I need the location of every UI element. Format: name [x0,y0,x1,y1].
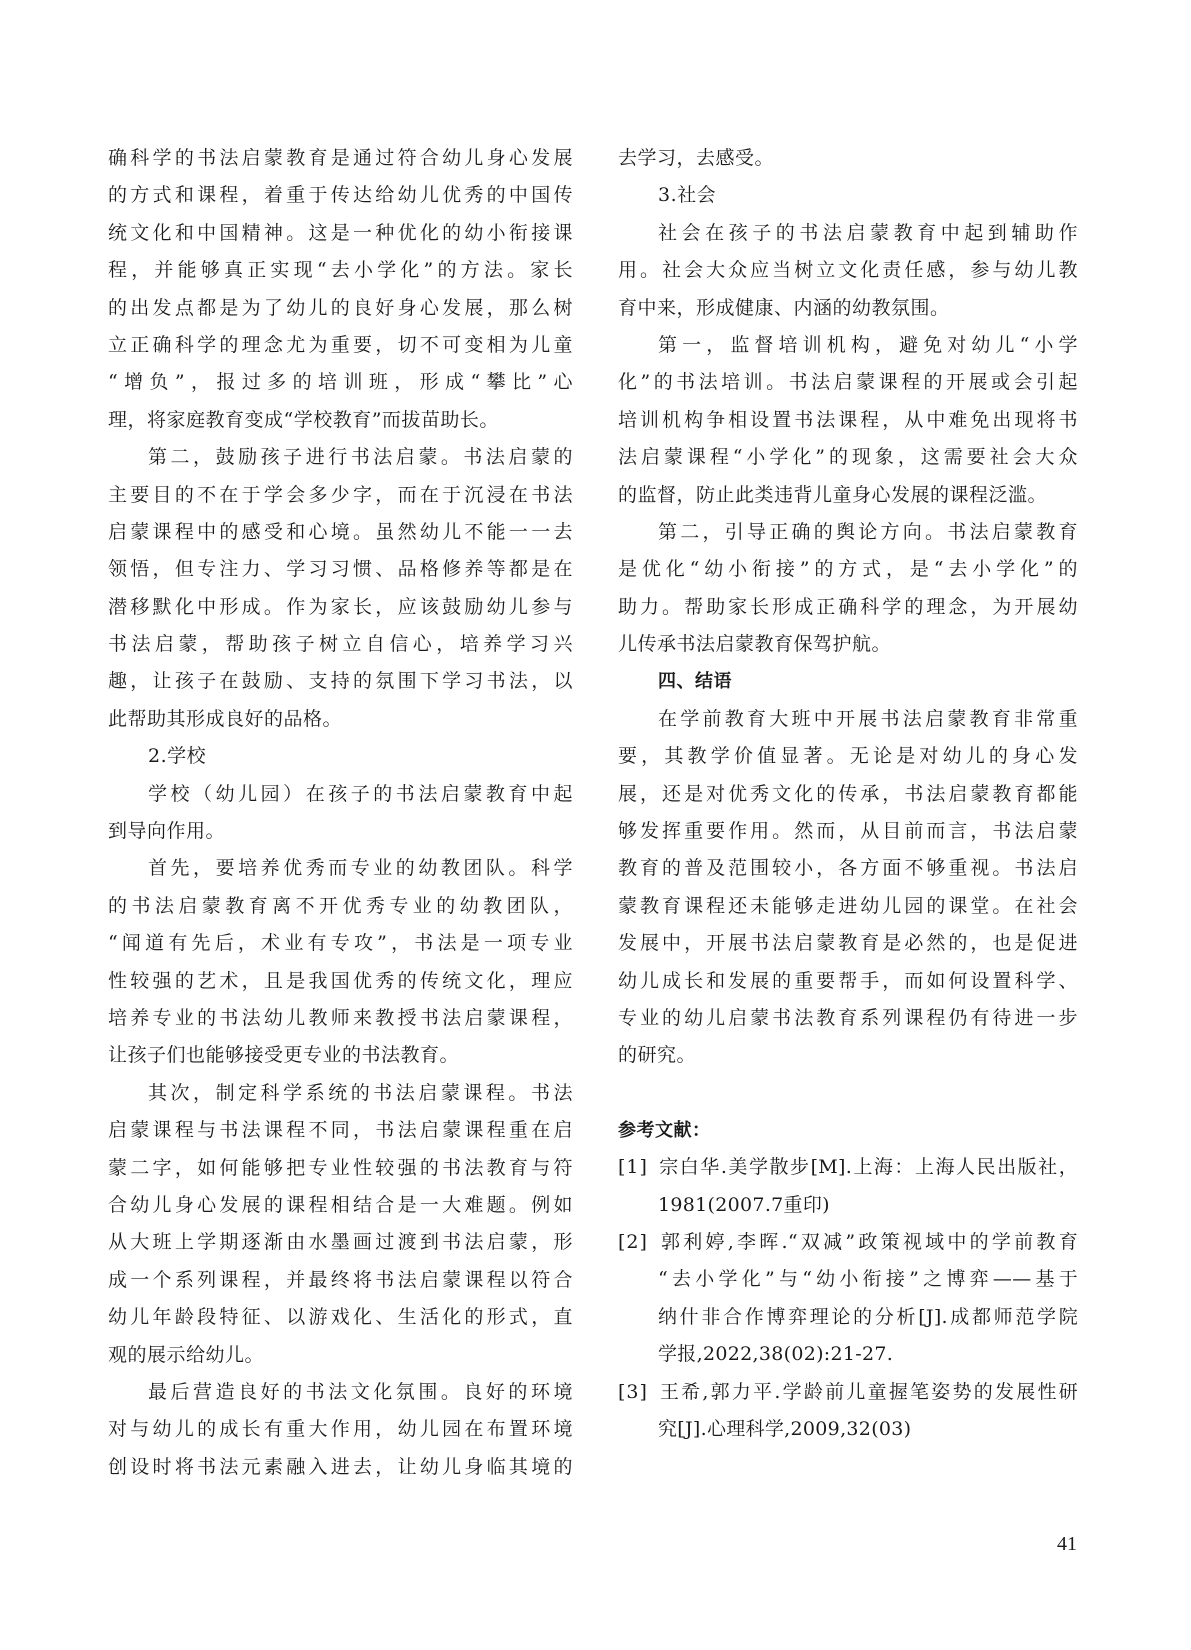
reference-item: [1]宗白华.美学散步[M].上海：上海人民出版社，1981(2007.7重印) [618,1149,1078,1224]
text-line: 主要目的不在于学会多少字，而在于沉浸在书法 [108,477,573,514]
reference-line: [1]宗白华.美学散步[M].上海：上海人民出版社， [618,1149,1078,1186]
page-number: 41 [1057,1533,1077,1556]
text-line: 的出发点都是为了幼儿的良好身心发展，那么树 [108,290,573,327]
text-line: 幼儿成长和发展的重要帮手，而如何设置科学、 [618,963,1078,1000]
reference-item: [3]王希,郭力平.学龄前儿童握笔姿势的发展性研究[J].心理科学,2009,3… [618,1374,1078,1449]
reference-line: [2]郭利婷,李晖.“双减”政策视域中的学前教育 [618,1224,1078,1261]
text-line: 育中来，形成健康、内涵的幼教氛围。 [618,290,1078,327]
text-line: 统文化和中国精神。这是一种优化的幼小衔接课 [108,215,573,252]
text-line: 儿传承书法启蒙教育保驾护航。 [618,626,1078,663]
text-line: 观的展示给幼儿。 [108,1337,573,1374]
left-column: 确科学的书法启蒙教育是通过符合幼儿身心发展的方式和课程，着重于传达给幼儿优秀的中… [108,140,573,1486]
text-line: 教育的普及范围较小，各方面不够重视。书法启 [618,850,1078,887]
text-line: 到导向作用。 [108,813,573,850]
text-line: 确科学的书法启蒙教育是通过符合幼儿身心发展 [108,140,573,177]
text-line: 从大班上学期逐渐由水墨画过渡到书法启蒙，形 [108,1224,573,1261]
text-line: 化”的书法培训。书法启蒙课程的开展或会引起 [618,364,1078,401]
text-line: 程，并能够真正实现“去小学化”的方法。家长 [108,252,573,289]
reference-line: 纳什非合作博弈理论的分析[J].成都师范学院 [618,1299,1078,1336]
text-line: 合幼儿身心发展的课程相结合是一大难题。例如 [108,1187,573,1224]
text-line: 理，将家庭教育变成“学校教育”而拔苗助长。 [108,402,573,439]
text-line: 发展中，开展书法启蒙教育是必然的，也是促进 [618,925,1078,962]
references-title: 参考文献： [618,1112,1078,1149]
text-line: 培养专业的书法幼儿教师来教授书法启蒙课程， [108,1000,573,1037]
reference-number: [3] [618,1374,658,1411]
text-line: 培训机构争相设置书法课程，从中难免出现将书 [618,402,1078,439]
text-line: 此帮助其形成良好的品格。 [108,701,573,738]
text-line: 最后营造良好的书法文化氛围。良好的环境 [108,1374,573,1411]
reference-line: 学报,2022,38(02):21-27. [618,1336,1078,1373]
text-line: “增负”，报过多的培训班，形成“攀比”心 [108,364,573,401]
right-column: 去学习，去感受。3.社会社会在孩子的书法启蒙教育中起到辅助作用。社会大众应当树立… [618,140,1078,1448]
text-line: 潜移默化中形成。作为家长，应该鼓励幼儿参与 [108,589,573,626]
reference-line: 究[J].心理科学,2009,32(03) [618,1411,1078,1448]
text-line: 用。社会大众应当树立文化责任感，参与幼儿教 [618,252,1078,289]
text-line: 助力。帮助家长形成正确科学的理念，为开展幼 [618,589,1078,626]
references-list: [1]宗白华.美学散步[M].上海：上海人民出版社，1981(2007.7重印)… [618,1149,1078,1448]
text-line: 让孩子们也能够接受更专业的书法教育。 [108,1037,573,1074]
text-line: 去学习，去感受。 [618,140,1078,177]
text-line: 性较强的艺术，且是我国优秀的传统文化，理应 [108,963,573,1000]
text-line: 法启蒙课程“小学化”的现象，这需要社会大众 [618,439,1078,476]
text-line: 2.学校 [108,738,573,775]
text-line: 蒙二字，如何能够把专业性较强的书法教育与符 [108,1150,573,1187]
reference-text: 宗白华.美学散步[M].上海：上海人民出版社， [658,1156,1078,1178]
text-line: 3.社会 [618,177,1078,214]
text-line: 蒙教育课程还未能够走进幼儿园的课堂。在社会 [618,888,1078,925]
text-line: 书法启蒙，帮助孩子树立自信心，培养学习兴 [108,626,573,663]
text-line: 启蒙课程中的感受和心境。虽然幼儿不能一一去 [108,514,573,551]
text-line: 是优化“幼小衔接”的方式，是“去小学化”的 [618,551,1078,588]
text-line: 的研究。 [618,1037,1078,1074]
text-line: 第二，引导正确的舆论方向。书法启蒙教育 [618,514,1078,551]
text-line: 首先，要培养优秀而专业的幼教团队。科学 [108,850,573,887]
section-gap [618,1075,1078,1112]
reference-number: [1] [618,1149,658,1186]
text-line: 的方式和课程，着重于传达给幼儿优秀的中国传 [108,177,573,214]
text-line: 立正确科学的理念尤为重要，切不可变相为儿童 [108,327,573,364]
text-line: 对与幼儿的成长有重大作用，幼儿园在布置环境 [108,1411,573,1448]
reference-line: 1981(2007.7重印) [618,1187,1078,1224]
text-line: 展，还是对优秀文化的传承，书法启蒙教育都能 [618,776,1078,813]
references-section: 参考文献： [1]宗白华.美学散步[M].上海：上海人民出版社，1981(200… [618,1112,1078,1449]
reference-line: [3]王希,郭力平.学龄前儿童握笔姿势的发展性研 [618,1374,1078,1411]
section-heading: 四、结语 [618,663,1078,700]
text-line: 要，其教学价值显著。无论是对幼儿的身心发 [618,738,1078,775]
text-line: 的监督，防止此类违背儿童身心发展的课程泛滥。 [618,477,1078,514]
text-line: “闻道有先后，术业有专攻”，书法是一项专业 [108,925,573,962]
text-line: 其次，制定科学系统的书法启蒙课程。书法 [108,1075,573,1112]
text-line: 的书法启蒙教育离不开优秀专业的幼教团队， [108,888,573,925]
text-line: 够发挥重要作用。然而，从目前而言，书法启蒙 [618,813,1078,850]
reference-text: 郭利婷,李晖.“双减”政策视域中的学前教育 [658,1231,1078,1253]
reference-text: 王希,郭力平.学龄前儿童握笔姿势的发展性研 [658,1381,1078,1403]
text-line: 专业的幼儿启蒙书法教育系列课程仍有待进一步 [618,1000,1078,1037]
text-line: 在学前教育大班中开展书法启蒙教育非常重 [618,701,1078,738]
text-line: 启蒙课程与书法课程不同，书法启蒙课程重在启 [108,1112,573,1149]
text-line: 学校（幼儿园）在孩子的书法启蒙教育中起 [108,776,573,813]
text-line: 领悟，但专注力、学习习惯、品格修养等都是在 [108,551,573,588]
text-line: 社会在孩子的书法启蒙教育中起到辅助作 [618,215,1078,252]
reference-number: [2] [618,1224,658,1261]
reference-item: [2]郭利婷,李晖.“双减”政策视域中的学前教育“去小学化”与“幼小衔接”之博弈… [618,1224,1078,1374]
text-line: 第一，监督培训机构，避免对幼儿“小学 [618,327,1078,364]
reference-line: “去小学化”与“幼小衔接”之博弈——基于 [618,1261,1078,1298]
text-line: 趣，让孩子在鼓励、支持的氛围下学习书法，以 [108,663,573,700]
text-line: 幼儿年龄段特征、以游戏化、生活化的形式，直 [108,1299,573,1336]
text-line: 创设时将书法元素融入进去，让幼儿身临其境的 [108,1449,573,1486]
right-column-body: 去学习，去感受。3.社会社会在孩子的书法启蒙教育中起到辅助作用。社会大众应当树立… [618,140,1078,1075]
text-line: 第二，鼓励孩子进行书法启蒙。书法启蒙的 [108,439,573,476]
text-line: 成一个系列课程，并最终将书法启蒙课程以符合 [108,1262,573,1299]
